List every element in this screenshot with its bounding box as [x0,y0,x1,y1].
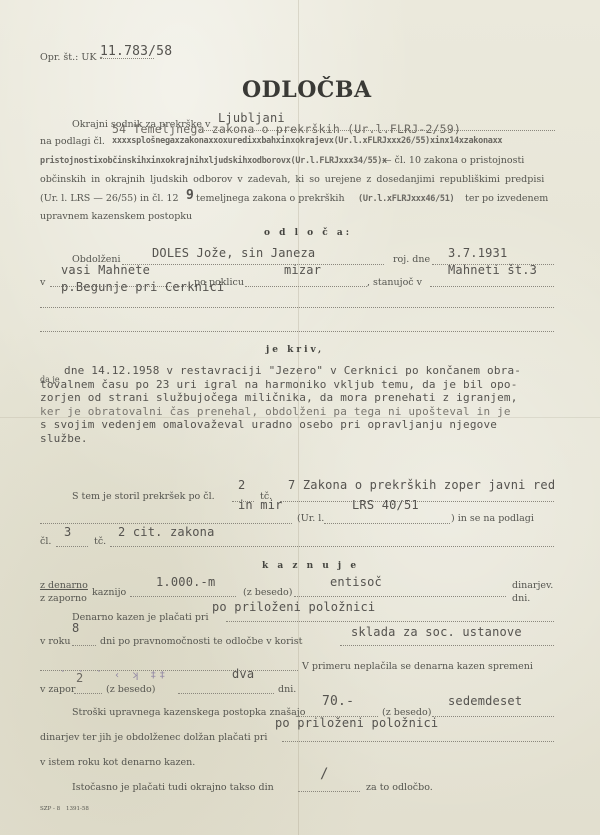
document-page: Opr. št.: UK - 11.783/58 ODLOČBA Okrajni… [0,0,600,835]
birthplace-label: v [40,277,45,288]
page-title: ODLOČBA [242,77,372,103]
case-number-label: Opr. št.: UK - [40,52,103,63]
guilt-line: tovalnem času po 23 uri igral na harmoni… [40,378,521,392]
struck-text-line4: (Ur.l.xFLRJxxx46/51) [358,194,454,204]
offense-line2-typed: in mir [238,498,283,512]
intro-line4-typed: 9 [186,188,194,203]
fine-amount-words: entisoč [330,575,382,589]
form-code: SZP - 8 [40,806,60,812]
kaznijo-label: kaznijo [92,587,126,598]
tax-label: Istočasno je plačati tudi okrajno takso … [72,782,274,793]
print-code: 1391-58 [66,806,89,812]
offense-line2-end: ) in se na podlagi [451,513,534,524]
occupation: mizar [284,263,321,277]
intro-line4-c: ter po izvedenem [465,193,548,204]
guilt-line: službe. [40,432,521,446]
nonpayment-text: V primeru neplačila se denarna kazen spr… [302,661,533,672]
cl-value: 3 [64,525,71,539]
born-date: 3.7.1931 [448,246,507,260]
cl-label: čl. [40,536,51,547]
intro-line4-b: temeljnega zakona o prekrških [196,193,345,204]
deadline-label: v roku [40,636,71,647]
beneficiary: sklada za soc. ustanove [351,625,522,639]
prison-days-words: dva [232,667,254,681]
intro-line2-rest: — čl. 10 zakona o pristojnosti [382,155,524,166]
birthplace: vasi Mahnete [61,263,150,277]
costs-pay-where: po priloženi položnici [275,716,438,730]
deadline-days: 8 [72,621,79,635]
tax-value: / [320,766,329,782]
born-label: roj. dne [393,254,430,265]
costs-line2-label: dinarjev ter jih je obdolženec dolžan pl… [40,732,267,743]
residence-label: , stanujoč v [367,277,422,288]
fine-amount: 1.000.-m [156,575,215,589]
tc-label: tč. [94,536,106,547]
guilt-line: ker je obratovalni čas prenehal, obdolže… [40,405,521,419]
accused-name: DOLES Jože, sin Janeza [152,246,315,260]
fine-type-prison: z zaporno [40,593,87,604]
guilt-heading: je kriv, [266,345,324,355]
guilt-line: zorjen od strani službujočega miličnika,… [40,391,521,405]
intro-line5: upravnem kazenskem postopku [40,211,192,222]
intro-line3: občinskih in okrajnih ljudskih odborov v… [40,174,544,185]
costs-amount: 70.- [322,694,354,709]
gazette-label: (Ur. l. [297,513,324,524]
tax-end: za to odločbo. [366,782,433,793]
fine-unit-days: dni. [512,593,530,604]
offense-article: 2 [238,478,245,492]
guilt-description: dne 14.12.1958 v restavraciji "Jezero" v… [40,364,521,445]
guilt-line: dne 14.12.1958 v restavraciji "Jezero" v… [40,364,521,378]
offense-point: 7 Zakona o prekrških zoper javni red [288,478,555,492]
intro-line4-a: (Ur. l. LRS — 26/55) in čl. 12 [40,193,179,204]
fine-words-label: (z besedo) [243,587,292,598]
case-number: 11.783/58 [100,44,172,59]
costs-line3: v istem roku kot denarno kazen. [40,757,195,768]
pay-label: Denarno kazen je plačati pri [72,612,209,623]
tc-value: 2 cit. zakona [118,525,215,539]
prison-words-label: (z besedo) [106,684,155,695]
prison-unit: dni. [278,684,296,695]
struck-text-line2: pristojnostixobčinskihxinxokrajnihxljuds… [40,156,387,166]
decision-heading: o d l o č a: [264,228,352,238]
fine-unit-dinars: dinarjev. [512,580,553,591]
gazette-value: LRS 40/51 [352,498,419,512]
deadline-rest: dni po pravnomočnosti te odločbe v koris… [100,636,302,647]
costs-label: Stroški upravnega kazenskega postopka zn… [72,707,305,718]
offense-label: S tem je storil prekršek po čl. [72,491,215,502]
basis-label: na podlagi čl. [40,136,105,147]
pay-where: po priloženi položnici [212,600,375,614]
address-line2: p.Begunje pri Cerknici [61,280,224,294]
struck-text-line1: xxxxsplošnegaxzakonaxxoxuredixxbahxinxok… [112,136,502,146]
residence: Mahneti št.3 [448,263,537,277]
costs-amount-words: sedemdeset [448,694,522,708]
typed-law-reference: 54 Temeljnega zakona o prekrških (Ur.l.F… [112,122,461,136]
guilt-line: s svojim vedenjem omalovaževal uradno os… [40,418,521,432]
fine-type-monetary: z denarno [40,580,88,591]
prison-label: v zapor [40,684,75,695]
prison-days: 2 [76,671,83,685]
penalty-heading: k a z n u j e [262,561,359,571]
